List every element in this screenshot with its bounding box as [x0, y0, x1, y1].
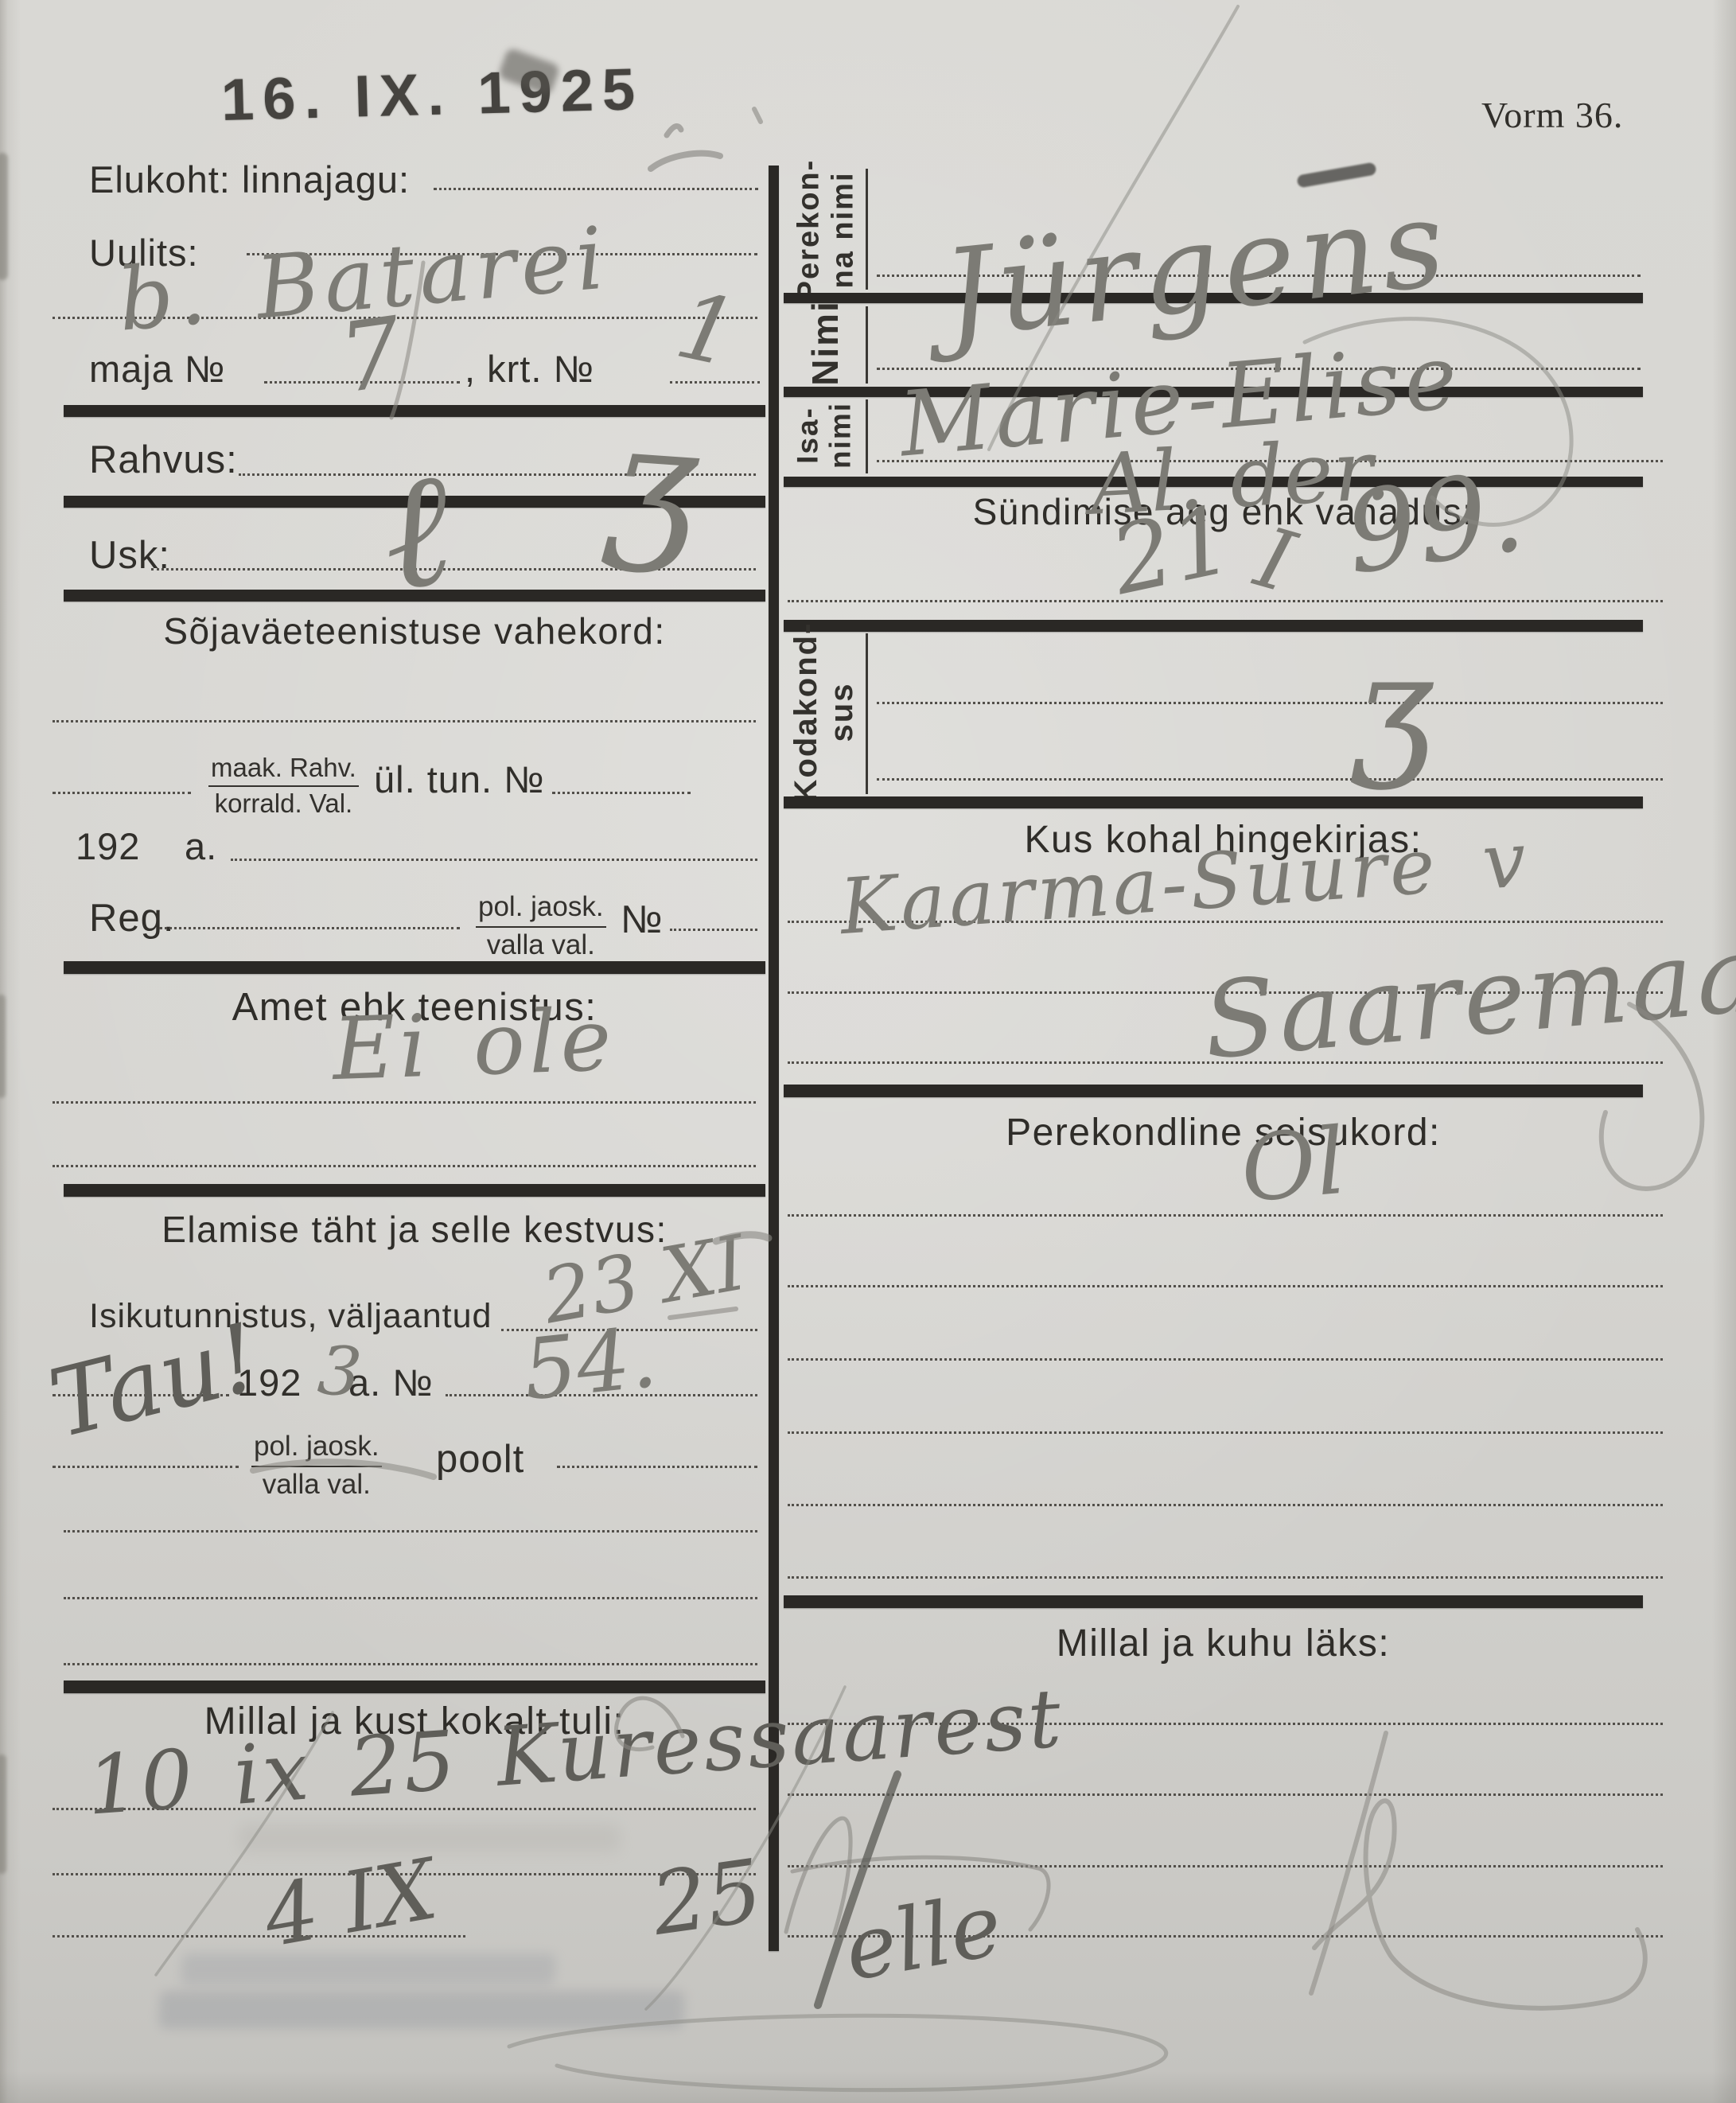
fraction-bottom: valla val. [476, 928, 606, 963]
fraction-top: maak. Rahv. [208, 751, 359, 787]
dotted-line [53, 720, 756, 722]
section-divider-bar [784, 1595, 1643, 1608]
handwriting-rahvus-mark: ʒ [603, 401, 704, 566]
dotted-line [231, 859, 757, 861]
section-divider-bar [64, 961, 765, 974]
dotted-line [64, 1530, 757, 1532]
pencil-mark [754, 109, 761, 122]
pencil-squiggle-top [651, 154, 720, 169]
handwriting-perekonnanimi: Jürgens [938, 182, 1454, 356]
fraction-pol-jaosk: pol. jaosk. valla val. [476, 890, 606, 963]
field-label-maja: maja № [89, 347, 225, 391]
paper-edge-mark [0, 153, 8, 280]
handwriting-birth-day: 21 [1103, 492, 1240, 609]
dotted-line [434, 188, 758, 190]
dotted-line [788, 1793, 1663, 1796]
label-separator [866, 169, 868, 290]
handwriting-tuli-line2-word: elle [839, 1883, 1008, 1995]
dotted-line [64, 1663, 757, 1665]
fraction-bottom: korrald. Val. [208, 787, 359, 820]
label-line: Perekon- [792, 159, 825, 302]
field-label-poolt: poolt [436, 1437, 524, 1482]
field-label-rahvus: Rahvus: [89, 438, 238, 482]
dotted-line [788, 1576, 1663, 1579]
dotted-line [877, 778, 1663, 781]
faded-stamp-line [158, 1991, 685, 2029]
field-label-a: a. [185, 824, 217, 868]
label-line: Isa- [792, 407, 824, 464]
handwriting-margin-note: Tau! [41, 1310, 267, 1451]
field-label-ul-tun: ül. tun. № [374, 757, 545, 801]
field-label-nimi: Nimi [805, 300, 847, 386]
section-divider-bar [784, 1085, 1643, 1097]
dotted-line [552, 792, 691, 794]
field-label-usk: Usk: [89, 533, 170, 578]
section-heading-perekondline: Perekondline seisukord: [784, 1111, 1663, 1155]
form-number: Vorm 36. [1481, 94, 1623, 136]
dotted-line [53, 1101, 756, 1104]
label-separator [866, 306, 868, 384]
label-line: Nimi [804, 300, 846, 386]
dotted-line [788, 1214, 1663, 1217]
handwriting-maja-nr: 7 [334, 305, 407, 407]
pencil-flourish-bottom-right [1311, 1733, 1386, 1993]
handwriting-tuli-line2-day: 4 IX [259, 1848, 442, 1960]
section-divider-bar [64, 1184, 765, 1197]
label-line: sus [824, 683, 859, 742]
paper-edge-mark [0, 1754, 6, 1874]
field-label-isanimi: Isa- nimi [792, 402, 858, 469]
section-heading-millal-laks: Millal ja kuhu läks: [784, 1622, 1663, 1665]
fraction-top: pol. jaosk. [476, 890, 606, 928]
handwriting-tuli-line2-year: 25 [647, 1848, 767, 1949]
fraction-maak-rahv: maak. Rahv. korrald. Val. [208, 751, 359, 820]
handwriting-kodakondsus-mark: ʒ [1353, 635, 1434, 780]
dotted-line [788, 1431, 1663, 1434]
pencil-squiggle-top [667, 127, 681, 135]
dotted-line [788, 1285, 1663, 1287]
pencil-flourish-bottom-right [1314, 1801, 1645, 2008]
faded-stamp-line [239, 1824, 621, 1852]
section-divider-bar [784, 796, 1643, 808]
dotted-line [788, 600, 1663, 602]
dotted-line [557, 1466, 757, 1468]
field-label-krt: , krt. № [465, 347, 594, 391]
field-label-reg: Reg. [89, 896, 175, 941]
section-divider-bar [64, 1680, 765, 1693]
field-label-perekonnanimi: Perekon- na nimi [792, 159, 859, 302]
dotted-line [877, 702, 1663, 704]
handwriting-year-digit: 3 [315, 1337, 364, 1408]
dotted-line [53, 1165, 756, 1167]
fraction-top: pol. jaosk. [251, 1429, 382, 1467]
fraction-pol-jaosk2: pol. jaosk. valla val. [251, 1429, 382, 1502]
handwriting-birth-year: 99. [1339, 456, 1530, 591]
label-separator [866, 399, 868, 473]
field-label-no: № [621, 898, 664, 942]
dotted-line [64, 1597, 757, 1599]
dotted-line [53, 792, 191, 794]
date-stamp: 16. IX. 1925 [220, 55, 644, 134]
handwriting-isiku-nr: 54. [520, 1316, 660, 1413]
label-separator [866, 633, 868, 794]
pencil-oval-bottom [509, 2015, 1166, 2089]
field-label-kodakondsus: Kodakond- sus [788, 622, 860, 803]
field-label-elukoht: Elukoht: linnajagu: [89, 158, 410, 201]
faded-stamp-line [181, 1953, 556, 1985]
handwriting-perekondline-mark: Ol [1237, 1116, 1349, 1217]
dotted-line [788, 1358, 1663, 1361]
label-line: na nimi [826, 171, 859, 288]
fraction-bottom: valla val. [251, 1467, 382, 1502]
scanned-registration-card: 16. IX. 1925 Vorm 36. Elukoht: linnajagu… [0, 0, 1736, 2103]
label-line: nimi [824, 402, 857, 469]
center-divider [769, 166, 779, 1951]
handwriting-hingekirjas-line2: Saaremaa [1200, 921, 1736, 1075]
dotted-line [788, 1865, 1663, 1867]
paper-edge-mark [0, 995, 6, 1098]
field-label-192: 192 [76, 824, 140, 868]
dotted-line [670, 929, 757, 931]
handwriting-krt-nr: 1 [669, 280, 745, 382]
handwriting-amet: Ei ole [331, 998, 617, 1093]
dotted-line [788, 1504, 1663, 1506]
section-divider-bar [784, 620, 1643, 632]
dotted-line [53, 1466, 239, 1468]
label-line: Kodakond- [788, 622, 823, 803]
dotted-line [159, 927, 460, 929]
